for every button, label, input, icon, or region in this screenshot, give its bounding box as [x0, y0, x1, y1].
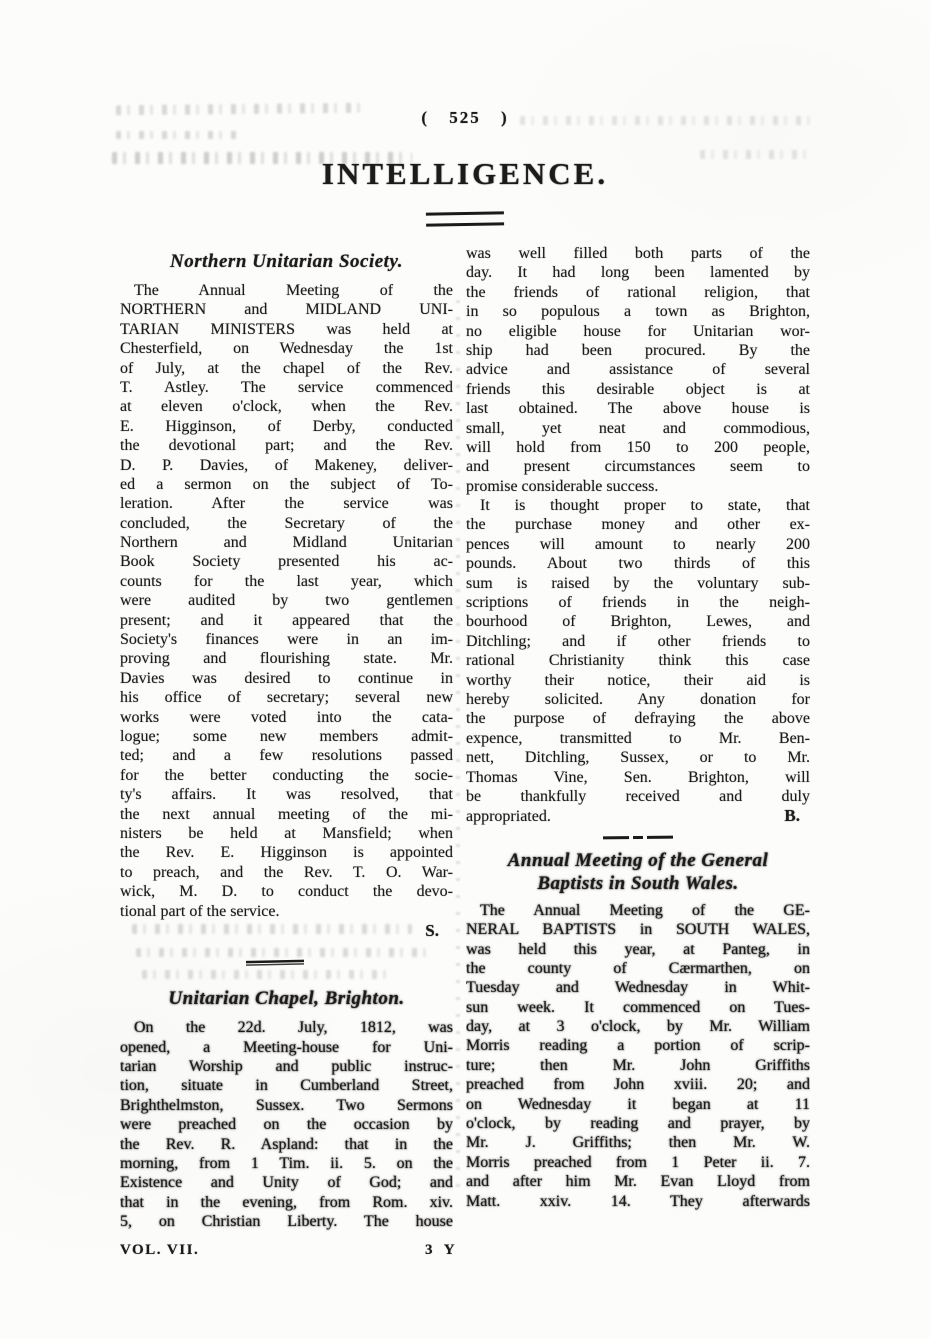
- text-line: proving and flourishing state. Mr.: [120, 649, 453, 668]
- signature-line: appropriated. B.: [466, 806, 810, 825]
- text-line: tion, situate in Cumberland Street,: [120, 1076, 453, 1095]
- text-line: Matt. xxiv. 14. They afterwards: [466, 1192, 810, 1211]
- text-line: was held this year, at Panteg, in: [466, 940, 810, 959]
- text-line: It is thought proper to state, that: [466, 496, 810, 515]
- text-line: day, at 3 o'clock, by Mr. William: [466, 1017, 810, 1036]
- article-body-brighton-continued-1: was well filled both parts of theday. It…: [466, 244, 810, 496]
- text-line: nett, Ditchling, Sussex, or to Mr.: [466, 748, 810, 767]
- text-line: opened, a Meeting-house for Uni-: [120, 1038, 453, 1057]
- text-line: Morris reading a portion of scrip-: [466, 1036, 810, 1055]
- title-divider-rule: [426, 211, 504, 226]
- scanned-page: ( 525 ) INTELLIGENCE. Northern Unitarian…: [0, 0, 930, 1338]
- text-line: on Wednesday it began at 11: [466, 1095, 810, 1114]
- text-line: counts for the last year, which: [120, 572, 453, 591]
- text-line: ted; and a few resolutions passed: [120, 746, 453, 765]
- text-line: leration. After the service was: [120, 494, 453, 513]
- left-column: Northern Unitarian Society. The Annual M…: [120, 244, 453, 1232]
- text-line: morning, from 1 Tim. ii. 5. on the: [120, 1154, 453, 1173]
- printers-signature-mark: 3 Y: [425, 1240, 459, 1260]
- text-line: o'clock, by reading and prayer, by: [466, 1114, 810, 1133]
- text-line: to preach, and the Rev. T. O. War-: [120, 863, 453, 882]
- text-line: promise considerable success.: [466, 477, 810, 496]
- text-line: nisters be held at Mansfield; when: [120, 824, 453, 843]
- text-line: the friends of rational religion, that: [466, 283, 810, 302]
- article-body-northern-unitarian-society: The Annual Meeting of theNORTHERN and MI…: [120, 281, 453, 921]
- text-line: T. Astley. The service commenced: [120, 378, 453, 397]
- section-divider-rule: [603, 835, 673, 839]
- bleed-through-noise: [116, 131, 238, 139]
- article-heading-northern-unitarian-society: Northern Unitarian Society.: [120, 250, 453, 273]
- text-line: ty's affairs. It was resolved, that: [120, 785, 453, 804]
- text-line: be thankfully received and duly: [466, 787, 810, 806]
- article-body-brighton-continued-2: It is thought proper to state, thatthe p…: [466, 496, 810, 806]
- text-line: Existence and Unity of God; and: [120, 1173, 453, 1192]
- text-line: Tuesday and Wednesday in Whit-: [466, 978, 810, 997]
- text-line: concluded, the Secretary of the: [120, 514, 453, 533]
- text-line: The Annual Meeting of the: [120, 281, 453, 300]
- text-line: NORTHERN and MIDLAND UNI-: [120, 300, 453, 319]
- text-line: the devotional part; and the Rev.: [120, 436, 453, 455]
- article-body-general-baptists-south-wales: The Annual Meeting of the GE-NERAL BAPTI…: [466, 901, 810, 1211]
- text-line: pences will amount to nearly 200: [466, 535, 810, 554]
- section-divider-rule: [245, 960, 303, 966]
- volume-label: VOL. VII.: [120, 1242, 199, 1258]
- text-line: The Annual Meeting of the GE-: [466, 901, 810, 920]
- text-line: no eligible house for Unitarian wor-: [466, 322, 810, 341]
- text-line: and present circumstances seem to: [466, 457, 810, 476]
- author-signature-s: S.: [425, 921, 439, 940]
- text-line: will hold from 150 to 200 people,: [466, 438, 810, 457]
- text-line: Thomas Vine, Sen. Brighton, will: [466, 768, 810, 787]
- bleed-through-noise: [136, 948, 426, 957]
- text-line: day. It had long been lamented by: [466, 263, 810, 282]
- heading-line-1: Annual Meeting of the General: [508, 850, 768, 871]
- text-line: the purpose of defraying the above: [466, 709, 810, 728]
- text-line: and after him Mr. Evan Lloyd from: [466, 1172, 810, 1191]
- text-line: scriptions of friends in the neigh-: [466, 593, 810, 612]
- text-line: expence, transmitted to Mr. Ben-: [466, 729, 810, 748]
- text-line: wick, M. D. to conduct the devo-: [120, 882, 453, 901]
- text-line: E. Higginson, of Derby, conducted: [120, 417, 453, 436]
- text-line: Brighthelmston, Sussex. Two Sermons: [120, 1096, 453, 1115]
- page-footer: VOL. VII. 3 Y: [120, 1240, 810, 1260]
- text-line: tional part of the service.: [120, 902, 453, 921]
- text-line: hereby solicited. Any donation for: [466, 690, 810, 709]
- article-body-unitarian-chapel-brighton: On the 22d. July, 1812, wasopened, a Mee…: [120, 1018, 453, 1231]
- text-line: the next annual meeting of the mi-: [120, 805, 453, 824]
- text-line: the Rev. E. Higginson is appointed: [120, 843, 453, 862]
- text-line: pounds. About two thirds of this: [466, 554, 810, 573]
- text-line: were preached on the occasion by: [120, 1115, 453, 1134]
- text-line: friends this desirable object is at: [466, 380, 810, 399]
- text-line: that in the evening, from Rom. xiv.: [120, 1193, 453, 1212]
- article-heading-general-baptists-south-wales: Annual Meeting of the General Baptists i…: [466, 849, 810, 895]
- bleed-through-noise: [132, 924, 412, 934]
- text-line: Mr. J. Griffiths; then Mr. W.: [466, 1133, 810, 1152]
- text-line: preached from John xviii. 20; and: [466, 1075, 810, 1094]
- text-line: bourhood of Brighton, Lewes, and: [466, 612, 810, 631]
- text-line: Ditchling; and if other friends to: [466, 632, 810, 651]
- text-line: present; and it appeared that the: [120, 611, 453, 630]
- text-line: advice and assistance of several: [466, 360, 810, 379]
- text-line: the Rev. R. Aspland: that in the: [120, 1135, 453, 1154]
- article-heading-unitarian-chapel-brighton: Unitarian Chapel, Brighton.: [120, 987, 453, 1010]
- text-line: his office of secretary; several new: [120, 688, 453, 707]
- text-line: Morris preached from 1 Peter ii. 7.: [466, 1153, 810, 1172]
- text-line: ed a sermon on the subject of To-: [120, 475, 453, 494]
- bleed-through-noise: [520, 116, 810, 125]
- text-line: Davies was desired to continue in: [120, 669, 453, 688]
- text-line: sun week. It commenced on Tues-: [466, 998, 810, 1017]
- text-line: sum is raised by the voluntary sub-: [466, 574, 810, 593]
- text-line: last obtained. The above house is: [466, 399, 810, 418]
- paragraph-last-line: appropriated.: [466, 807, 551, 826]
- text-line: was well filled both parts of the: [466, 244, 810, 263]
- text-line: ture; then Mr. John Griffiths: [466, 1056, 810, 1075]
- text-line: were audited by two gentlemen: [120, 591, 453, 610]
- heading-line-2: Baptists in South Wales.: [537, 873, 738, 894]
- text-line: D. P. Davies, of Makeney, deliver-: [120, 456, 453, 475]
- text-line: worthy their notice, their aid is: [466, 671, 810, 690]
- text-line: small, yet neat and commodious,: [466, 419, 810, 438]
- text-line: the purchase money and other ex-: [466, 515, 810, 534]
- text-line: NERAL BAPTISTS in SOUTH WALES,: [466, 920, 810, 939]
- bleed-through-noise: [142, 970, 392, 979]
- text-line: Chesterfield, on Wednesday the 1st: [120, 339, 453, 358]
- text-line: Northern and Midland Unitarian: [120, 533, 453, 552]
- text-line: tarian Worship and public instruc-: [120, 1057, 453, 1076]
- text-line: in so populous a town as Brighton,: [466, 302, 810, 321]
- text-line: ship had been procured. By the: [466, 341, 810, 360]
- text-line: logue; some new members admit-: [120, 727, 453, 746]
- text-line: the county of Cærmarthen, on: [466, 959, 810, 978]
- text-line: for the better conducting the socie-: [120, 766, 453, 785]
- text-line: at eleven o'clock, when the Rev.: [120, 397, 453, 416]
- text-line: Society's finances were in an im-: [120, 630, 453, 649]
- right-column: was well filled both parts of theday. It…: [466, 244, 810, 1211]
- text-line: On the 22d. July, 1812, was: [120, 1018, 453, 1037]
- text-line: 5, on Christian Liberty. The house: [120, 1212, 453, 1231]
- text-line: rational Christianity think this case: [466, 651, 810, 670]
- gutter-bleed-noise: [456, 300, 460, 1200]
- bleed-through-noise: [112, 152, 412, 164]
- text-line: Book Society presented his ac-: [120, 552, 453, 571]
- text-columns: Northern Unitarian Society. The Annual M…: [120, 244, 810, 1232]
- bleed-through-noise: [700, 150, 810, 159]
- text-line: of July, at the chapel of the Rev.: [120, 359, 453, 378]
- author-signature-b: B.: [784, 806, 800, 825]
- text-line: TARIAN MINISTERS was held at: [120, 320, 453, 339]
- text-line: works were voted into the cata-: [120, 708, 453, 727]
